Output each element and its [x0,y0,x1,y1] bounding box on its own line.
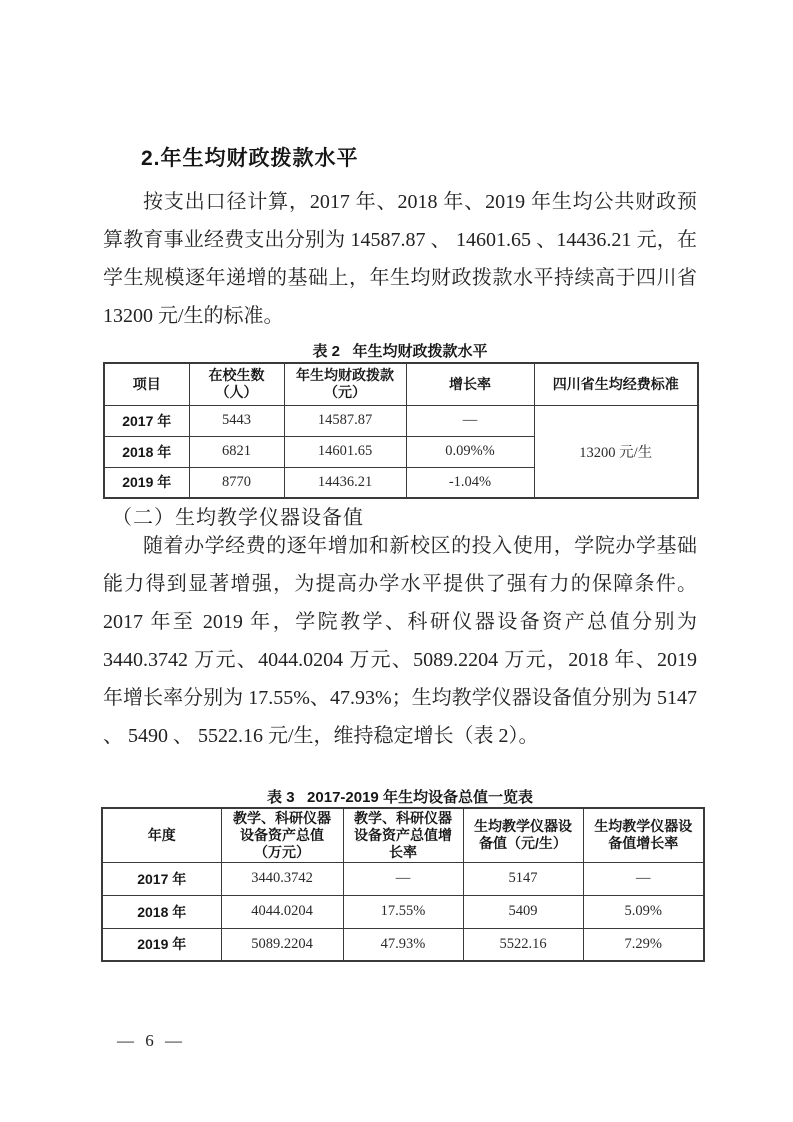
table3-cell-asset-total: 5089.2204 [221,928,343,961]
table3-header-asset-total: 教学、科研仪器 设备资产总值 （万元） [221,808,343,862]
table2-cell-year: 2017 年 [104,405,189,436]
table2-cell-year: 2018 年 [104,436,189,467]
table2-row-2017: 2017 年 5443 14587.87 — 13200 元/生 [104,405,698,436]
table3-row-2018: 2018 年 4044.0204 17.55% 5409 5.09% [102,895,704,928]
document-page: 2.年生均财政拨款水平 按支出口径计算，2017 年、2018 年、2019 年… [0,0,793,1122]
paragraph-equipment: 随着办学经费的逐年增加和新校区的投入使用，学院办学基础能力得到显著增强，为提高办… [103,527,697,755]
table2-header-item: 项目 [104,363,189,405]
table2-cell-enrollment: 6821 [189,436,284,467]
table3-header-row: 年度 教学、科研仪器 设备资产总值 （万元） 教学、科研仪器 设备资产总值增 长… [102,808,704,862]
table3-cell-per-student-value: 5409 [463,895,583,928]
table2-cell-growth: 0.09%% [406,436,534,467]
table3-cell-asset-growth: 17.55% [343,895,463,928]
table2-cell-year: 2019 年 [104,467,189,498]
table2-header-row: 项目 在校生数 （人） 年生均财政拨款 （元） 增长率 四川省生均经费标准 [104,363,698,405]
table2-cell-enrollment: 8770 [189,467,284,498]
table3-row-2017: 2017 年 3440.3742 — 5147 — [102,862,704,895]
paragraph-funding: 按支出口径计算，2017 年、2018 年、2019 年生均公共财政预算教育事业… [103,183,697,335]
table3-header-asset-growth: 教学、科研仪器 设备资产总值增 长率 [343,808,463,862]
table3-cell-per-student-value: 5147 [463,862,583,895]
table3-header-per-student-value: 生均教学仪器设 备值（元/生） [463,808,583,862]
table2-cell-funding: 14587.87 [284,405,406,436]
table3-cell-per-student-growth: 5.09% [583,895,704,928]
table2-funding-level: 项目 在校生数 （人） 年生均财政拨款 （元） 增长率 四川省生均经费标准 20… [103,362,699,499]
table3-caption: 表 3 2017-2019 年生均设备总值一览表 [101,786,699,807]
table3-cell-per-student-value: 5522.16 [463,928,583,961]
table2-cell-province-standard: 13200 元/生 [534,405,698,498]
table2-header-province-standard: 四川省生均经费标准 [534,363,698,405]
table3-cell-year: 2019 年 [102,928,221,961]
table2-header-growth-rate: 增长率 [406,363,534,405]
table3-equipment-value: 年度 教学、科研仪器 设备资产总值 （万元） 教学、科研仪器 设备资产总值增 长… [101,807,705,962]
table2-cell-funding: 14601.65 [284,436,406,467]
table2-cell-enrollment: 5443 [189,405,284,436]
table3-header-per-student-growth: 生均教学仪器设 备值增长率 [583,808,704,862]
table3-cell-asset-total: 4044.0204 [221,895,343,928]
table3-cell-per-student-growth: 7.29% [583,928,704,961]
table3-cell-asset-growth: — [343,862,463,895]
table2-header-enrollment: 在校生数 （人） [189,363,284,405]
table2-cell-growth: -1.04% [406,467,534,498]
table3-row-2019: 2019 年 5089.2204 47.93% 5522.16 7.29% [102,928,704,961]
table3-cell-asset-total: 3440.3742 [221,862,343,895]
table3-header-year: 年度 [102,808,221,862]
section-heading-funding-level: 2.年生均财政拨款水平 [141,146,359,172]
table3-cell-year: 2017 年 [102,862,221,895]
page-number: — 6 — [117,1031,182,1051]
table2-cell-growth: — [406,405,534,436]
table3-cell-year: 2018 年 [102,895,221,928]
table3-cell-asset-growth: 47.93% [343,928,463,961]
table2-header-per-student-funding: 年生均财政拨款 （元） [284,363,406,405]
table3-cell-per-student-growth: — [583,862,704,895]
table2-cell-funding: 14436.21 [284,467,406,498]
table2-caption: 表 2 年生均财政拨款水平 [101,340,699,361]
